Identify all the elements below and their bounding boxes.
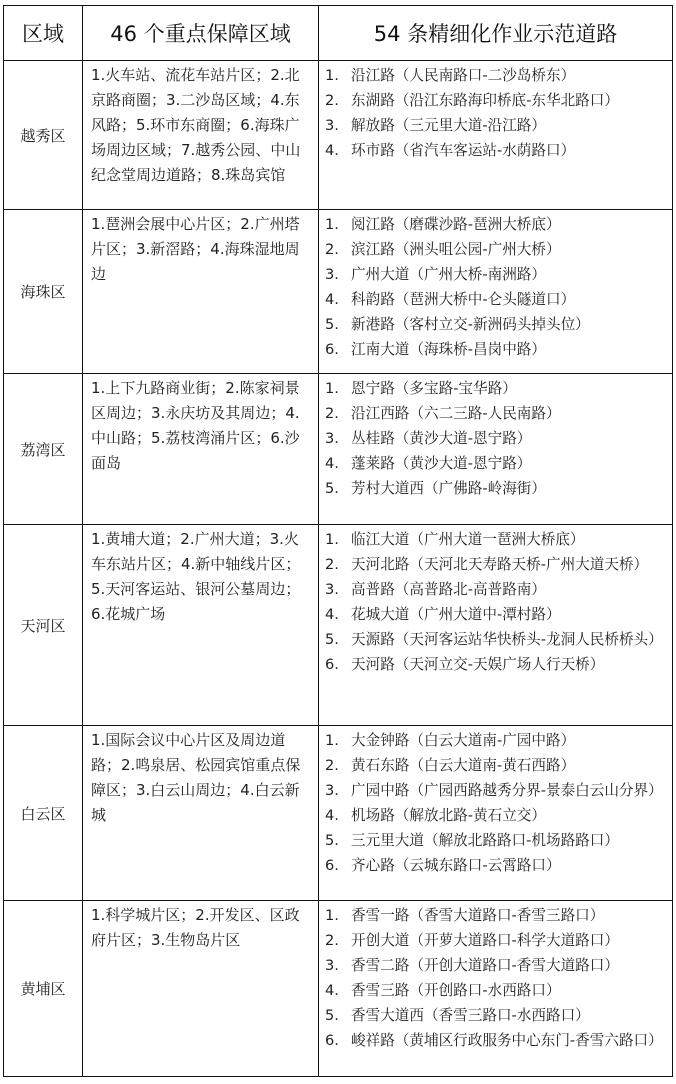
road-item: 4.科韵路（琶洲大桥中-仑头隧道口） [323, 287, 668, 312]
district-cell: 荔湾区 [4, 374, 83, 525]
road-item: 4.花城大道（广州大道中-潭村路） [323, 602, 668, 627]
roads-cell: 1.大金钟路（白云大道南-广园中路） 2.黄石东路（白云大道南-黄石西路） 3.… [319, 726, 673, 901]
table-row: 越秀区 1.火车站、流花车站片区；2.北京路商圈；3.二沙岛区域；4.东风路；5… [4, 61, 673, 210]
road-item: 4.环市路（省汽车客运站-水荫路口） [323, 138, 668, 163]
district-cell: 白云区 [4, 726, 83, 901]
header-demo-roads: 54 条精细化作业示范道路 [319, 6, 673, 61]
road-item: 4.蓬莱路（黄沙大道-恩宁路） [323, 451, 668, 476]
header-row: 区域 46 个重点保障区域 54 条精细化作业示范道路 [4, 6, 673, 61]
table-row: 黄埔区 1.科学城片区；2.开发区、区政府片区；3.生物岛片区 1.香雪一路（香… [4, 901, 673, 1077]
road-item: 1.临江大道（广州大道一琶洲大桥底） [323, 527, 668, 552]
district-cell: 天河区 [4, 525, 83, 726]
road-item: 3.香雪二路（开创大道路口-香雪大道路口） [323, 953, 668, 978]
road-item: 6.齐心路（云城东路口-云霄路口） [323, 853, 668, 878]
road-item: 3.高普路（高普路北-高普路南） [323, 577, 668, 602]
road-item: 6.天河路（天河立交-天娱广场人行天桥） [323, 652, 668, 677]
road-item: 4.香雪三路（开创路口-水西路口） [323, 978, 668, 1003]
road-item: 4.机场路（解放北路-黄石立交） [323, 803, 668, 828]
key-areas-cell: 1.国际会议中心片区及周边道路；2.鸣泉居、松园宾馆重点保障区；3.白云山周边；… [83, 726, 319, 901]
table-row: 白云区 1.国际会议中心片区及周边道路；2.鸣泉居、松园宾馆重点保障区；3.白云… [4, 726, 673, 901]
roads-cell: 1.阅江路（磨碟沙路-琶洲大桥底） 2.滨江路（洲头咀公园-广州大桥） 3.广州… [319, 210, 673, 374]
road-item: 3.广园中路（广园西路越秀分界-景泰白云山分界） [323, 778, 668, 803]
roads-cell: 1.香雪一路（香雪大道路口-香雪三路口） 2.开创大道（开萝大道路口-科学大道路… [319, 901, 673, 1077]
district-cell: 海珠区 [4, 210, 83, 374]
road-item: 2.滨江路（洲头咀公园-广州大桥） [323, 237, 668, 262]
district-cell: 黄埔区 [4, 901, 83, 1077]
road-item: 5.新港路（客村立交-新洲码头掉头位） [323, 312, 668, 337]
road-item: 1.沿江路（人民南路口-二沙岛桥东） [323, 63, 668, 88]
key-areas-cell: 1.上下九路商业街；2.陈家祠景区周边；3.永庆坊及其周边；4.中山路；5.荔枝… [83, 374, 319, 525]
road-item: 5.芳村大道西（广佛路-岭海街） [323, 476, 668, 501]
road-item: 3.丛桂路（黄沙大道-恩宁路） [323, 426, 668, 451]
road-item: 2.黄石东路（白云大道南-黄石西路） [323, 753, 668, 778]
district-cell: 越秀区 [4, 61, 83, 210]
road-item: 5.天源路（天河客运站华快桥头-龙洞人民桥桥头） [323, 627, 668, 652]
road-item: 2.东湖路（沿江东路海印桥底-东华北路口） [323, 88, 668, 113]
road-item: 1.香雪一路（香雪大道路口-香雪三路口） [323, 903, 668, 928]
header-district: 区域 [4, 6, 83, 61]
road-item: 3.广州大道（广州大桥-南洲路） [323, 262, 668, 287]
roads-cell: 1.恩宁路（多宝路-宝华路） 2.沿江西路（六二三路-人民南路） 3.丛桂路（黄… [319, 374, 673, 525]
key-areas-cell: 1.火车站、流花车站片区；2.北京路商圈；3.二沙岛区域；4.东风路；5.环市东… [83, 61, 319, 210]
road-item: 6.江南大道（海珠桥-昌岗中路） [323, 337, 668, 362]
road-item: 1.阅江路（磨碟沙路-琶洲大桥底） [323, 212, 668, 237]
road-item: 1.大金钟路（白云大道南-广园中路） [323, 728, 668, 753]
road-item: 2.天河北路（天河北天寿路天桥-广州大道天桥） [323, 552, 668, 577]
key-areas-cell: 1.科学城片区；2.开发区、区政府片区；3.生物岛片区 [83, 901, 319, 1077]
road-item: 2.沿江西路（六二三路-人民南路） [323, 401, 668, 426]
road-item: 2.开创大道（开萝大道路口-科学大道路口） [323, 928, 668, 953]
roads-cell: 1.沿江路（人民南路口-二沙岛桥东） 2.东湖路（沿江东路海印桥底-东华北路口）… [319, 61, 673, 210]
district-roads-table: 区域 46 个重点保障区域 54 条精细化作业示范道路 越秀区 1.火车站、流花… [3, 5, 673, 1077]
road-item: 3.解放路（三元里大道-沿江路） [323, 113, 668, 138]
road-item: 5.三元里大道（解放北路路口-机场路路口） [323, 828, 668, 853]
table-row: 天河区 1.黄埔大道；2.广州大道；3.火车东站片区；4.新中轴线片区；5.天河… [4, 525, 673, 726]
road-item: 5.香雪大道西（香雪三路口-水西路口） [323, 1003, 668, 1028]
key-areas-cell: 1.黄埔大道；2.广州大道；3.火车东站片区；4.新中轴线片区；5.天河客运站、… [83, 525, 319, 726]
header-key-areas: 46 个重点保障区域 [83, 6, 319, 61]
road-item: 1.恩宁路（多宝路-宝华路） [323, 376, 668, 401]
roads-cell: 1.临江大道（广州大道一琶洲大桥底） 2.天河北路（天河北天寿路天桥-广州大道天… [319, 525, 673, 726]
table-row: 海珠区 1.琶洲会展中心片区；2.广州塔片区；3.新滘路；4.海珠湿地周边 1.… [4, 210, 673, 374]
key-areas-cell: 1.琶洲会展中心片区；2.广州塔片区；3.新滘路；4.海珠湿地周边 [83, 210, 319, 374]
road-item: 6.峻祥路（黄埔区行政服务中心东门-香雪六路口） [323, 1028, 668, 1053]
table-row: 荔湾区 1.上下九路商业街；2.陈家祠景区周边；3.永庆坊及其周边；4.中山路；… [4, 374, 673, 525]
